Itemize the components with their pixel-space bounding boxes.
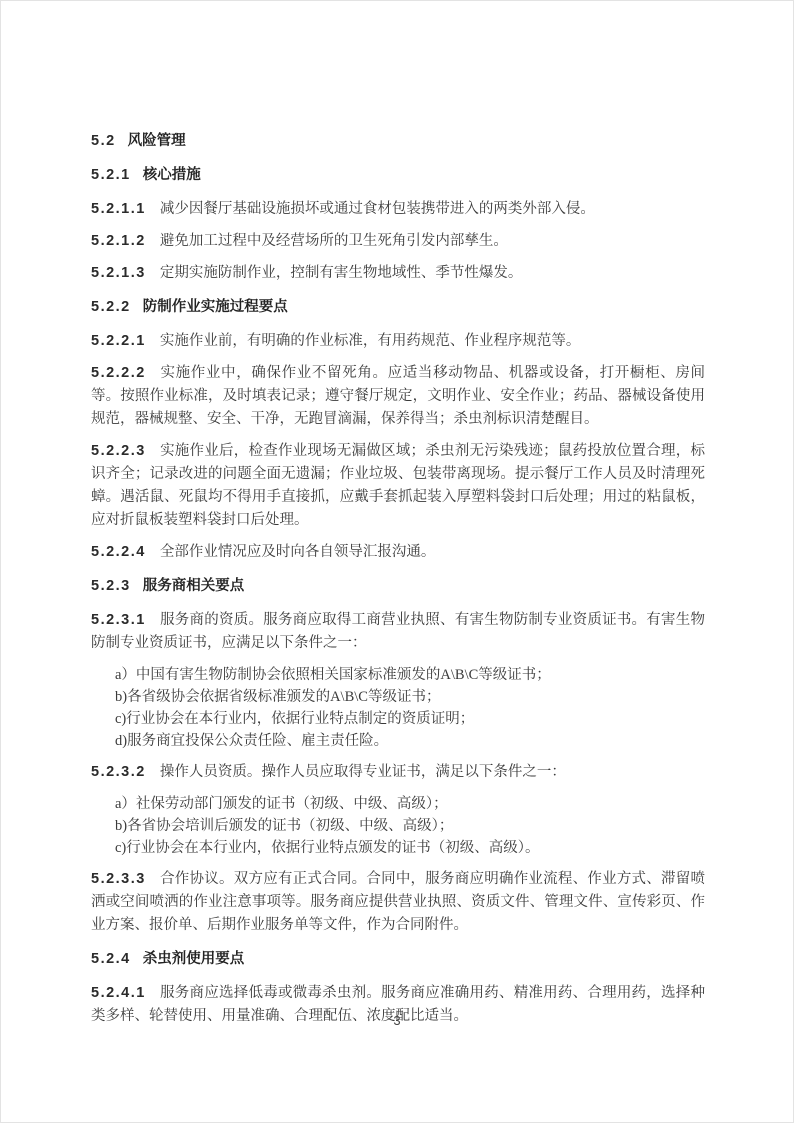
- qualification-condition-list: a）中国有害生物防制协会依照相关国家标准颁发的A\B\C等级证书； b)各省级协…: [91, 664, 705, 752]
- clause-number: 5.2.1.2: [91, 233, 146, 249]
- clause-number: 5.2.4.1: [91, 985, 146, 1001]
- heading-5-2: 5.2风险管理: [91, 130, 705, 153]
- clause-text: 实施作业前，有明确的作业标准，有用药规范、作业程序规范等。: [160, 333, 581, 349]
- clause-5-2-1-3: 5.2.1.3定期实施防制作业，控制有害生物地域性、季节性爆发。: [91, 262, 705, 285]
- list-item: c)行业协会在本行业内，依据行业特点颁发的证书（初级、高级）。: [115, 837, 705, 859]
- clause-5-2-3-2: 5.2.3.2操作人员资质。操作人员应取得专业证书，满足以下条件之一：: [91, 761, 705, 784]
- heading-number: 5.2.4: [91, 951, 131, 967]
- list-item: b)各省协会培训后颁发的证书（初级、中级、高级）；: [115, 815, 705, 837]
- operator-certificate-list: a）社保劳动部门颁发的证书（初级、中级、高级）； b)各省协会培训后颁发的证书（…: [91, 793, 705, 859]
- heading-5-2-2: 5.2.2防制作业实施过程要点: [91, 296, 705, 319]
- heading-5-2-1: 5.2.1核心措施: [91, 164, 705, 187]
- clause-number: 5.2.3.3: [91, 871, 146, 887]
- clause-5-2-3-3: 5.2.3.3合作协议。双方应有正式合同。合同中，服务商应明确作业流程、作业方式…: [91, 868, 705, 937]
- clause-number: 5.2.1.3: [91, 265, 146, 281]
- heading-title: 防制作业实施过程要点: [143, 299, 288, 315]
- clause-number: 5.2.2.1: [91, 333, 146, 349]
- clause-text: 合作协议。双方应有正式合同。合同中，服务商应明确作业流程、作业方式、滞留喷洒或空…: [91, 871, 705, 933]
- clause-number: 5.2.1.1: [91, 201, 146, 217]
- document-body: 5.2风险管理 5.2.1核心措施 5.2.1.1减少因餐厅基础设施损坏或通过食…: [1, 1, 793, 1028]
- heading-title: 风险管理: [128, 133, 186, 149]
- clause-5-2-2-2: 5.2.2.2实施作业中，确保作业不留死角。应适当移动物品、机器或设备，打开橱柜…: [91, 362, 705, 431]
- heading-number: 5.2.1: [91, 167, 131, 183]
- clause-number: 5.2.3.1: [91, 612, 146, 628]
- heading-number: 5.2: [91, 133, 116, 149]
- clause-text: 避免加工过程中及经营场所的卫生死角引发内部孳生。: [160, 233, 508, 249]
- heading-title: 核心措施: [143, 167, 201, 183]
- clause-text: 实施作业中，确保作业不留死角。应适当移动物品、机器或设备，打开橱柜、房间等。按照…: [91, 365, 705, 427]
- list-item: a）社保劳动部门颁发的证书（初级、中级、高级）；: [115, 793, 705, 815]
- clause-number: 5.2.3.2: [91, 764, 146, 780]
- clause-number: 5.2.2.2: [91, 365, 146, 381]
- heading-title: 杀虫剂使用要点: [143, 951, 245, 967]
- list-item: c)行业协会在本行业内，依据行业特点制定的资质证明；: [115, 708, 705, 730]
- list-item: a）中国有害生物防制协会依照相关国家标准颁发的A\B\C等级证书；: [115, 664, 705, 686]
- clause-5-2-1-2: 5.2.1.2避免加工过程中及经营场所的卫生死角引发内部孳生。: [91, 230, 705, 253]
- heading-number: 5.2.2: [91, 299, 131, 315]
- heading-5-2-3: 5.2.3服务商相关要点: [91, 575, 705, 598]
- clause-text: 实施作业后，检查作业现场无漏做区域；杀虫剂无污染残迹；鼠药投放位置合理，标识齐全…: [91, 443, 705, 528]
- clause-text: 操作人员资质。操作人员应取得专业证书，满足以下条件之一：: [160, 764, 566, 780]
- heading-number: 5.2.3: [91, 578, 131, 594]
- clause-5-2-2-1: 5.2.2.1实施作业前，有明确的作业标准，有用药规范、作业程序规范等。: [91, 330, 705, 353]
- clause-number: 5.2.2.4: [91, 544, 146, 560]
- list-item: d)服务商宜投保公众责任险、雇主责任险。: [115, 730, 705, 752]
- list-item: b)各省级协会依据省级标准颁发的A\B\C等级证书；: [115, 686, 705, 708]
- page-number: 3: [1, 1013, 793, 1028]
- heading-title: 服务商相关要点: [143, 578, 245, 594]
- heading-5-2-4: 5.2.4杀虫剂使用要点: [91, 948, 705, 971]
- clause-5-2-2-3: 5.2.2.3实施作业后，检查作业现场无漏做区域；杀虫剂无污染残迹；鼠药投放位置…: [91, 440, 705, 532]
- clause-number: 5.2.2.3: [91, 443, 146, 459]
- clause-text: 减少因餐厅基础设施损坏或通过食材包装携带进入的两类外部入侵。: [160, 201, 595, 217]
- clause-5-2-1-1: 5.2.1.1减少因餐厅基础设施损坏或通过食材包装携带进入的两类外部入侵。: [91, 198, 705, 221]
- clause-5-2-2-4: 5.2.2.4全部作业情况应及时向各自领导汇报沟通。: [91, 541, 705, 564]
- clause-text: 定期实施防制作业，控制有害生物地域性、季节性爆发。: [160, 265, 523, 281]
- clause-text: 服务商的资质。服务商应取得工商营业执照、有害生物防制专业资质证书。有害生物防制专…: [91, 612, 705, 651]
- clause-5-2-3-1: 5.2.3.1服务商的资质。服务商应取得工商营业执照、有害生物防制专业资质证书。…: [91, 609, 705, 655]
- document-page: { "page": { "number": "3" }, "content": …: [0, 0, 794, 1123]
- clause-text: 全部作业情况应及时向各自领导汇报沟通。: [160, 544, 436, 560]
